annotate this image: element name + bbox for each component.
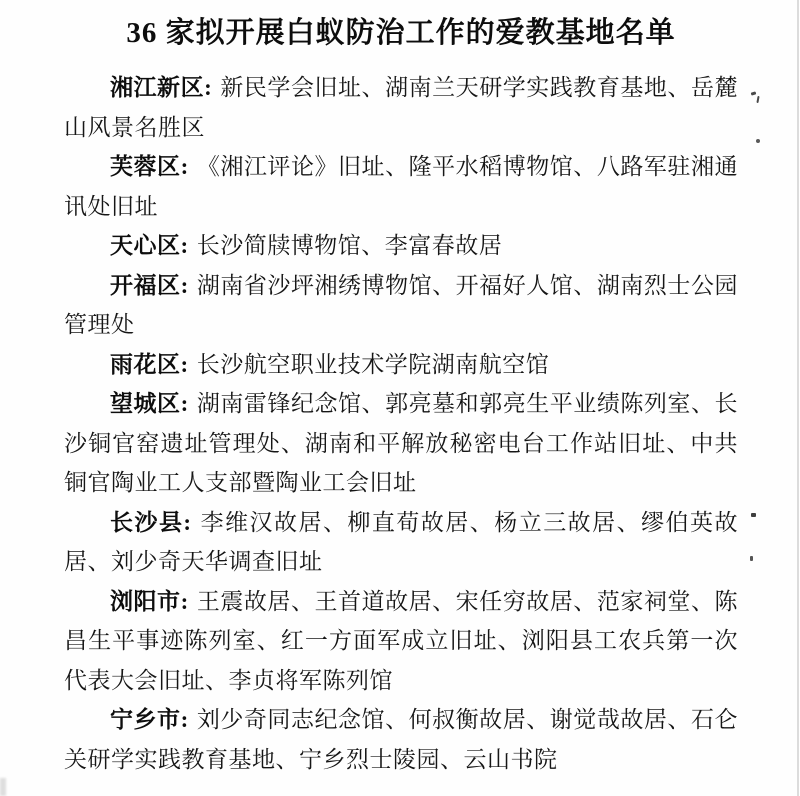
region-paragraph-kaifu: 开福区:湖南省沙坪湘绣博物馆、开福好人馆、湖南烈士公园管理处 (64, 266, 738, 345)
sites-text: 长沙航空职业技术学院湖南航空馆 (197, 352, 550, 377)
region-paragraph-ningxiang: 宁乡市:刘少奇同志纪念馆、何叔衡故居、谢觉哉故居、石仑关研学实践教育基地、宁乡烈… (64, 700, 738, 779)
scanned-document-page: 36 家拟开展白蚁防治工作的爱教基地名单 湘江新区:新民学会旧址、湖南兰天研学实… (0, 0, 800, 796)
region-label: 雨花区: (110, 352, 189, 377)
region-label: 望城区: (110, 391, 189, 416)
scan-edge-line (797, 0, 799, 796)
region-label: 宁乡市: (110, 707, 189, 732)
scan-speck (751, 513, 756, 517)
scan-speck (751, 91, 757, 95)
region-label: 长沙县: (110, 510, 192, 535)
region-paragraph-liuyang: 浏阳市:王震故居、王首道故居、宋任穷故居、范家祠堂、陈昌生平事迹陈列室、红一方面… (64, 582, 738, 701)
region-label: 天心区: (110, 233, 189, 258)
scan-speck (756, 96, 759, 103)
region-paragraph-yuhua: 雨花区:长沙航空职业技术学院湖南航空馆 (64, 345, 738, 385)
region-label: 湘江新区: (110, 75, 212, 100)
region-label: 开福区: (110, 273, 189, 298)
document-title: 36 家拟开展白蚁防治工作的爱教基地名单 (64, 14, 738, 52)
region-paragraph-wangcheng: 望城区:湖南雷锋纪念馆、郭亮墓和郭亮生平业绩陈列室、长沙铜官窑遗址管理处、湖南和… (64, 384, 738, 503)
region-paragraph-changshaxian: 长沙县:李维汉故居、柳直荀故居、杨立三故居、缪伯英故居、刘少奇天华调查旧址 (64, 503, 738, 582)
sites-text: 长沙简牍博物馆、李富春故居 (197, 233, 503, 258)
scan-speck (756, 139, 760, 143)
region-paragraph-xiangjiang: 湘江新区:新民学会旧址、湖南兰天研学实践教育基地、岳麓山风景名胜区 (64, 68, 738, 147)
region-paragraph-furong: 芙蓉区:《湘江评论》旧址、隆平水稻博物馆、八路军驻湘通讯处旧址 (64, 147, 738, 226)
scan-smudge (0, 778, 6, 796)
region-label: 浏阳市: (110, 589, 189, 614)
region-paragraph-tianxin: 天心区:长沙简牍博物馆、李富春故居 (64, 226, 738, 266)
scan-speck (750, 556, 753, 561)
region-label: 芙蓉区: (110, 154, 189, 179)
